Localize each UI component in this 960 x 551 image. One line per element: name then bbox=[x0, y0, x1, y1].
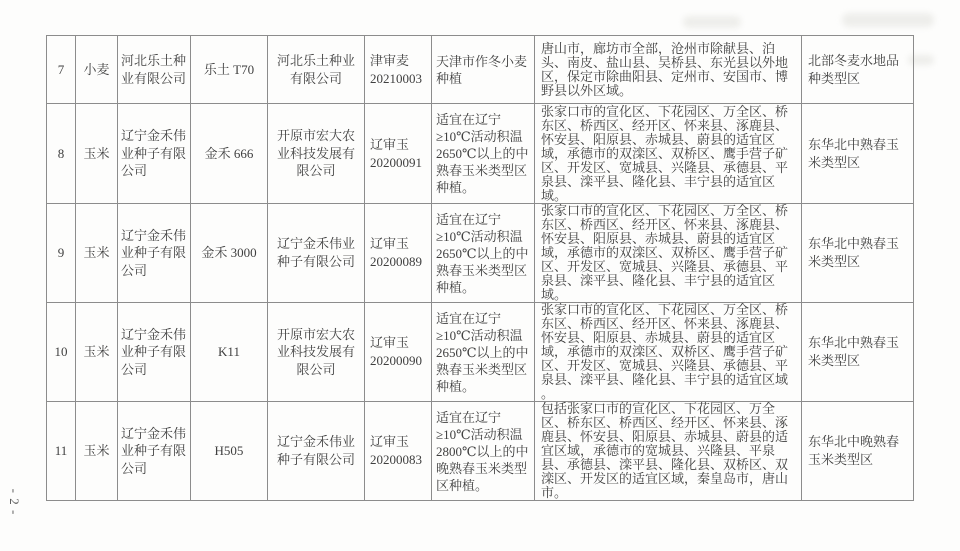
cell-regions: 包括张家口市的宣化区、下花园区、万全区、桥东区、桥西区、经开区、怀来县、涿鹿县、… bbox=[535, 402, 802, 501]
cell-no: 7 bbox=[47, 36, 76, 104]
cell-applicant: 河北乐土种业有限公司 bbox=[118, 36, 191, 104]
cell-regions: 张家口市的宣化区、下花园区、万全区、桥东区、桥西区、经开区、怀来县、涿鹿县、怀安… bbox=[535, 204, 802, 303]
variety-approval-table: 7小麦河北乐土种业有限公司乐土 T70河北乐土种业有限公司津审麦 2021000… bbox=[46, 35, 914, 501]
cell-approval: 辽审玉 20200090 bbox=[365, 303, 432, 402]
cell-variety: H505 bbox=[191, 402, 268, 501]
cell-zone: 东华北中熟春玉米类型区 bbox=[802, 104, 914, 204]
cell-breeder: 开原市宏大农业科技发展有限公司 bbox=[268, 104, 365, 204]
cell-zone: 北部冬麦水地品种类型区 bbox=[802, 36, 914, 104]
cell-suitability: 适宜在辽宁≥10℃活动积温2650℃以上的中熟春玉米类型区种植。 bbox=[432, 104, 535, 204]
cell-regions: 张家口市的宣化区、下花园区、万全区、桥东区、桥西区、经开区、怀来县、涿鹿县、怀安… bbox=[535, 104, 802, 204]
cell-approval: 津审麦 20210003 bbox=[365, 36, 432, 104]
cell-applicant: 辽宁金禾伟业种子有限公司 bbox=[118, 104, 191, 204]
page-number: - 2 - bbox=[6, 487, 22, 517]
table-row: 7小麦河北乐土种业有限公司乐土 T70河北乐土种业有限公司津审麦 2021000… bbox=[47, 36, 914, 104]
cell-variety: 金禾 3000 bbox=[191, 204, 268, 303]
cell-crop: 玉米 bbox=[76, 303, 118, 402]
cell-regions: 唐山市，廊坊市全部，沧州市除献县、泊头、南皮、盐山县、吴桥县、东光县以外地区，保… bbox=[535, 36, 802, 104]
cell-no: 10 bbox=[47, 303, 76, 402]
cell-breeder: 河北乐土种业有限公司 bbox=[268, 36, 365, 104]
scan-smudge bbox=[842, 13, 934, 27]
cell-zone: 东华北中晚熟春玉米类型区 bbox=[802, 402, 914, 501]
cell-crop: 玉米 bbox=[76, 402, 118, 501]
table-row: 11玉米辽宁金禾伟业种子有限公司H505辽宁金禾伟业种子有限公司辽审玉 2020… bbox=[47, 402, 914, 501]
cell-crop: 小麦 bbox=[76, 36, 118, 104]
table-row: 10玉米辽宁金禾伟业种子有限公司K11开原市宏大农业科技发展有限公司辽审玉 20… bbox=[47, 303, 914, 402]
cell-suitability: 适宜在辽宁≥10℃活动积温2650℃以上的中熟春玉米类型区种植。 bbox=[432, 303, 535, 402]
cell-zone: 东华北中熟春玉米类型区 bbox=[802, 204, 914, 303]
cell-breeder: 辽宁金禾伟业种子有限公司 bbox=[268, 204, 365, 303]
cell-no: 11 bbox=[47, 402, 76, 501]
cell-breeder: 辽宁金禾伟业种子有限公司 bbox=[268, 402, 365, 501]
cell-applicant: 辽宁金禾伟业种子有限公司 bbox=[118, 204, 191, 303]
cell-crop: 玉米 bbox=[76, 204, 118, 303]
cell-no: 9 bbox=[47, 204, 76, 303]
cell-approval: 辽审玉 20200089 bbox=[365, 204, 432, 303]
scan-smudge bbox=[683, 16, 741, 28]
cell-suitability: 适宜在辽宁≥10℃活动积温2800℃以上的中晚熟春玉米类型区种植。 bbox=[432, 402, 535, 501]
cell-regions: 张家口市的宣化区、下花园区、万全区、桥东区、桥西区、经开区、怀来县、涿鹿县、怀安… bbox=[535, 303, 802, 402]
cell-approval: 辽审玉 20200083 bbox=[365, 402, 432, 501]
scanned-document-page: 7小麦河北乐土种业有限公司乐土 T70河北乐土种业有限公司津审麦 2021000… bbox=[0, 0, 960, 551]
cell-suitability: 适宜在辽宁≥10℃活动积温2650℃以上的中熟春玉米类型区种植。 bbox=[432, 204, 535, 303]
cell-zone: 东华北中熟春玉米类型区 bbox=[802, 303, 914, 402]
cell-breeder: 开原市宏大农业科技发展有限公司 bbox=[268, 303, 365, 402]
cell-applicant: 辽宁金禾伟业种子有限公司 bbox=[118, 303, 191, 402]
approval-table-body: 7小麦河北乐土种业有限公司乐土 T70河北乐土种业有限公司津审麦 2021000… bbox=[47, 36, 914, 501]
cell-variety: K11 bbox=[191, 303, 268, 402]
cell-no: 8 bbox=[47, 104, 76, 204]
cell-suitability: 天津市作冬小麦种植 bbox=[432, 36, 535, 104]
cell-variety: 乐土 T70 bbox=[191, 36, 268, 104]
cell-applicant: 辽宁金禾伟业种子有限公司 bbox=[118, 402, 191, 501]
table-row: 8玉米辽宁金禾伟业种子有限公司金禾 666开原市宏大农业科技发展有限公司辽审玉 … bbox=[47, 104, 914, 204]
table-row: 9玉米辽宁金禾伟业种子有限公司金禾 3000辽宁金禾伟业种子有限公司辽审玉 20… bbox=[47, 204, 914, 303]
cell-crop: 玉米 bbox=[76, 104, 118, 204]
cell-variety: 金禾 666 bbox=[191, 104, 268, 204]
cell-approval: 辽审玉 20200091 bbox=[365, 104, 432, 204]
